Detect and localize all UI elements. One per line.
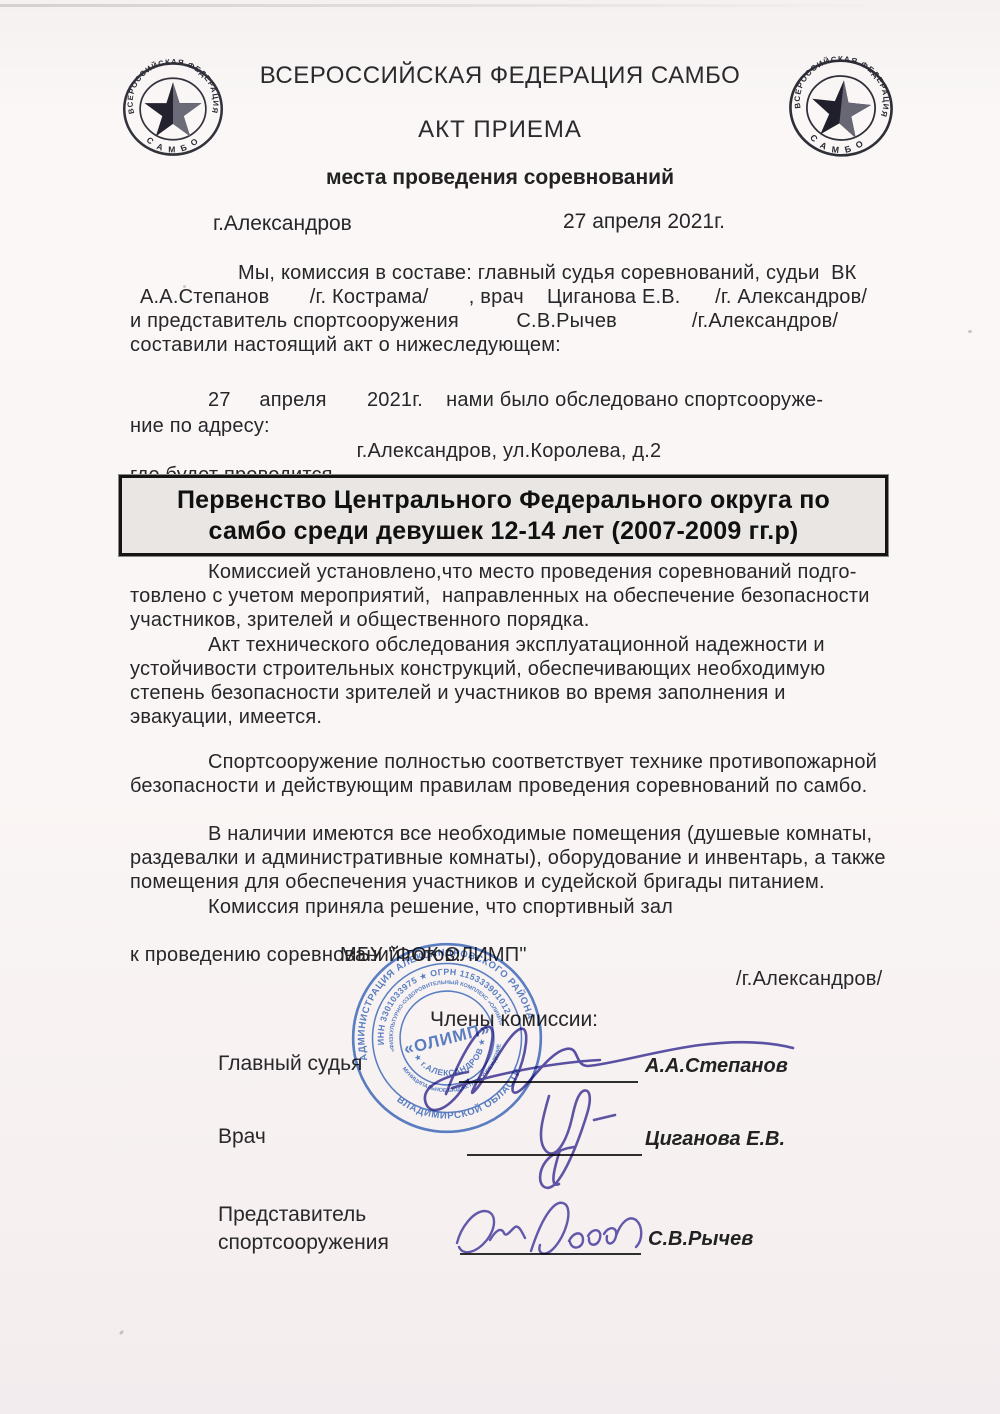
paragraph-commission: Мы, комиссия в составе: главный судья со… <box>130 261 888 357</box>
signatory-role-representative-2: спортсооружения <box>218 1231 389 1255</box>
olimp-round-stamp: АДМИНИСТРАЦИЯ АЛЕКСАНДРОВСКОГО РАЙОНА ВЛ… <box>345 936 549 1140</box>
signatory-name-tsyganova: Циганова Е.В. <box>645 1128 785 1151</box>
signature-tsyganova-ink <box>540 1090 615 1187</box>
body-line: степень безопасности зрителей и участник… <box>130 681 888 705</box>
body-line: ние по адресу: <box>130 413 888 439</box>
body-line: А.А.Степанов /г. Кострама/ , врач Цигано… <box>130 285 888 309</box>
body-line: участников, зрителей и общественного пор… <box>130 608 888 632</box>
body-line: Мы, комиссия в составе: главный судья со… <box>130 261 888 285</box>
body-line: устойчивости строительных конструкций, о… <box>130 657 888 681</box>
body-line: и представитель спортсооружения С.В.Рыче… <box>130 309 888 333</box>
event-title-line: Первенство Центрального Федерального окр… <box>122 485 885 516</box>
signature-line <box>460 1253 641 1255</box>
signature-line <box>467 1154 642 1156</box>
body-line: составили настоящий акт о нижеследующем: <box>130 333 888 357</box>
body-line: помещения для обеспечения участников и с… <box>130 870 888 894</box>
venue-address: г.Александров, ул.Королева, д.2 <box>130 439 888 463</box>
body-line: Акт технического обследования эксплуатац… <box>130 633 888 657</box>
body-line: безопасности и действующим правилам пров… <box>130 774 888 798</box>
org-title: ВСЕРОССИЙСКАЯ ФЕДЕРАЦИЯ САМБО <box>0 62 1000 90</box>
document-title: АКТ ПРИЕМА <box>0 116 1000 144</box>
paragraph-inspection: 27 апреля 2021г. нами было обследовано с… <box>130 387 888 487</box>
event-title-line: самбо среди девушек 12-14 лет (2007-2009… <box>122 516 885 547</box>
body-line: В наличии имеются все необходимые помеще… <box>130 822 888 846</box>
signatory-name-rychev: С.В.Рычев <box>648 1228 753 1251</box>
body-line: товлено с учетом мероприятий, направленн… <box>130 584 888 608</box>
paragraph-established: Комиссией установлено,что место проведен… <box>130 560 888 632</box>
date-label: 27 апреля 2021г. <box>563 210 725 234</box>
paragraph-technical: Акт технического обследования эксплуатац… <box>130 633 888 729</box>
body-line: Спортсооружение полностью соответствует … <box>130 750 888 774</box>
signatory-role-chief-judge: Главный судья <box>218 1052 362 1076</box>
body-line: 27 апреля 2021г. нами было обследовано с… <box>130 387 888 413</box>
body-line: Комиссией установлено,что место проведен… <box>130 560 888 584</box>
signatory-role-representative: Представитель <box>218 1203 366 1227</box>
body-line: раздевалки и административные комнаты), … <box>130 846 888 870</box>
body-line: эвакуации, имеется. <box>130 705 888 729</box>
signatory-role-doctor: Врач <box>218 1125 266 1149</box>
document-page: ВСЕРОССИЙСКАЯ ФЕДЕРАЦИЯ С А М Б О ВСЕРОС… <box>0 0 1000 1414</box>
document-subtitle: места проведения соревнований <box>0 166 1000 190</box>
paragraph-fire-safety: Спортсооружение полностью соответствует … <box>130 750 888 798</box>
body-line: Комиссия приняла решение, что спортивный… <box>130 895 888 919</box>
scan-artifact-top-edge <box>0 4 1000 7</box>
signatory-name-stepanov: А.А.Степанов <box>645 1055 788 1078</box>
place-label: г.Александров <box>213 212 352 236</box>
paragraph-facilities: В наличии имеются все необходимые помеще… <box>130 822 888 894</box>
signature-rychev-ink <box>457 1203 641 1254</box>
event-title-box: Первенство Центрального Федерального окр… <box>119 475 888 556</box>
scan-speck <box>968 330 972 333</box>
hall-city: /г.Александров/ <box>736 967 882 991</box>
stamp-group: АДМИНИСТРАЦИЯ АЛЕКСАНДРОВСКОГО РАЙОНА ВЛ… <box>345 936 549 1140</box>
scan-speck <box>119 1330 125 1336</box>
